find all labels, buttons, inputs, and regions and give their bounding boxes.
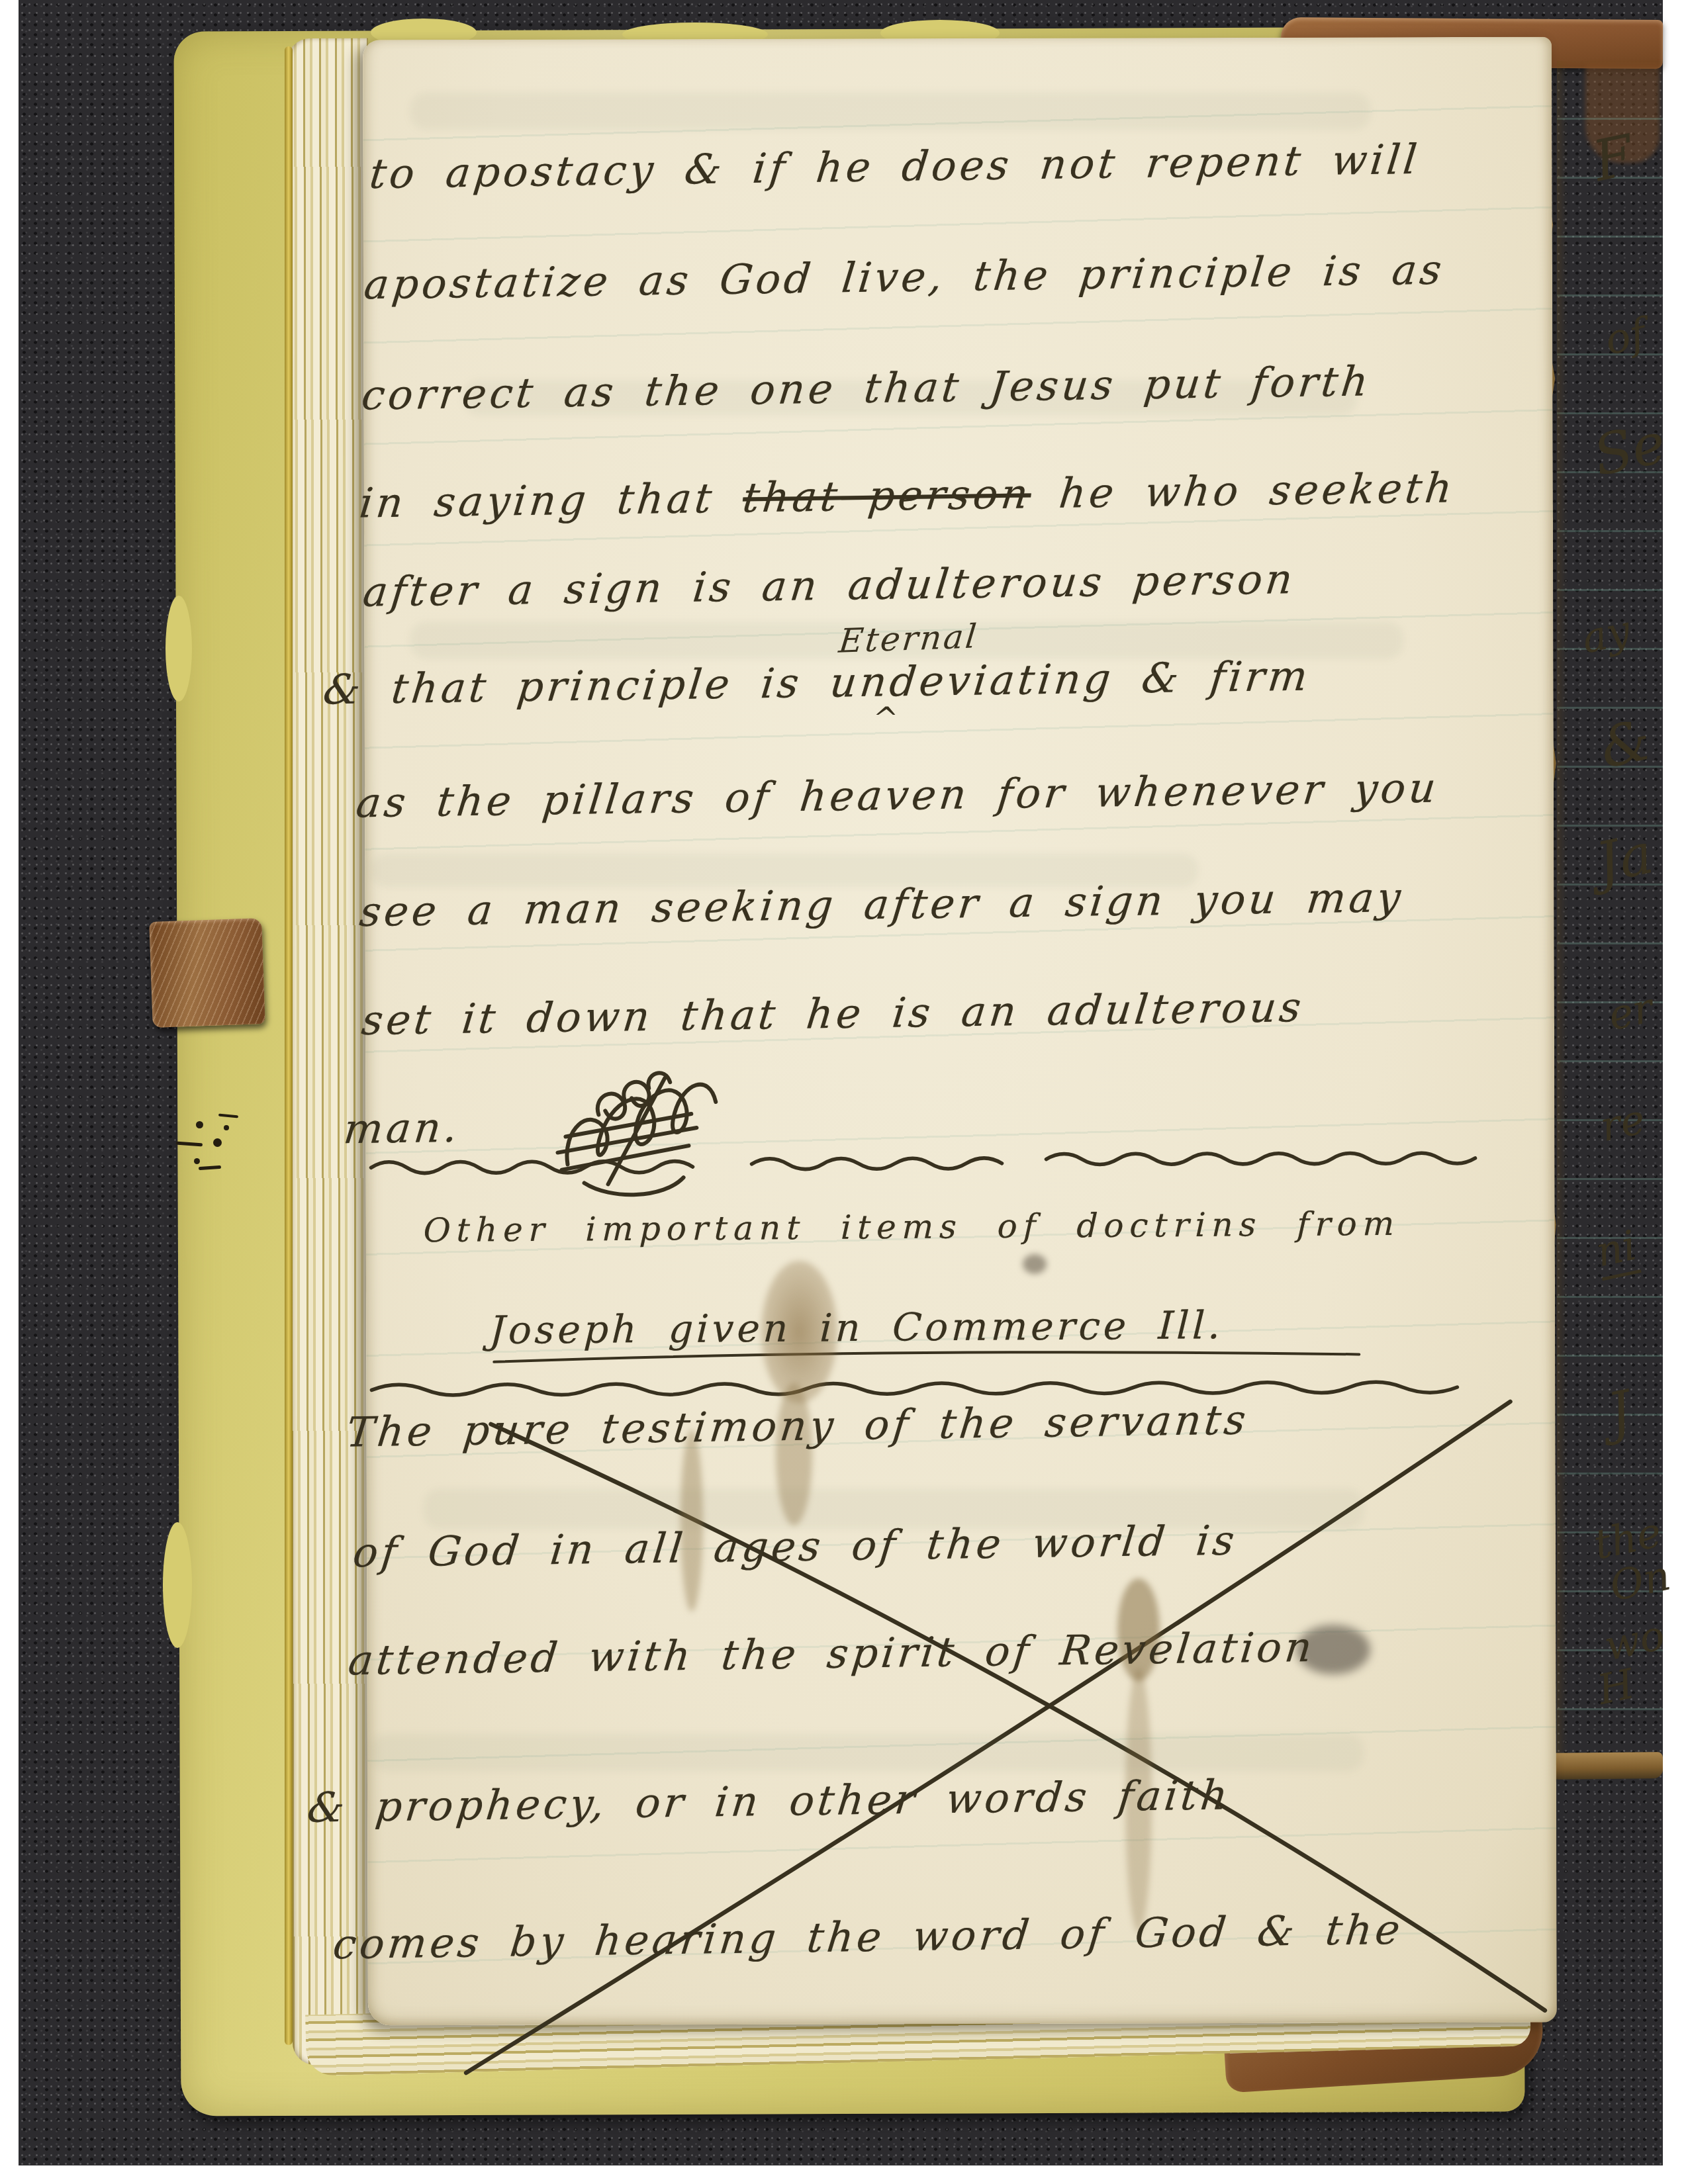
cover-ragged-edge [163, 1522, 192, 1648]
recto-word-fragment: ay [1577, 606, 1634, 662]
facing-page-bottom-edge [1549, 1752, 1663, 1780]
section-heading: Joseph given in Commerce Ill. [489, 1302, 1225, 1353]
wavy-underline [371, 1382, 1457, 1395]
manuscript-line: man. [342, 1103, 463, 1153]
section-heading: Other important items of doctrins from [423, 1205, 1401, 1250]
wavy-flourish [371, 1153, 1475, 1173]
caret-mark: ^ [870, 700, 900, 736]
ink-stain-drip [680, 1430, 703, 1612]
page-edge-stack-left [287, 38, 373, 2065]
struck-through-words: that person [741, 469, 1034, 522]
show-through-smudge [410, 93, 1370, 130]
line-segment: in saying that [357, 473, 746, 527]
heading-underline [494, 1351, 1359, 1362]
inserted-word: Eternal [837, 617, 980, 660]
small-spot [1023, 1254, 1047, 1274]
gilt-page-edge [285, 46, 293, 2045]
line-segment: he who seeketh [1029, 463, 1458, 518]
leather-clasp [149, 918, 265, 1028]
scanned-photo-page: F of Se ay & Ja er re ni J the On wo H [0, 0, 1688, 2184]
scribble-blot [557, 1073, 716, 1195]
cover-ragged-edge [165, 596, 192, 702]
show-through-smudge [371, 1734, 1364, 1771]
